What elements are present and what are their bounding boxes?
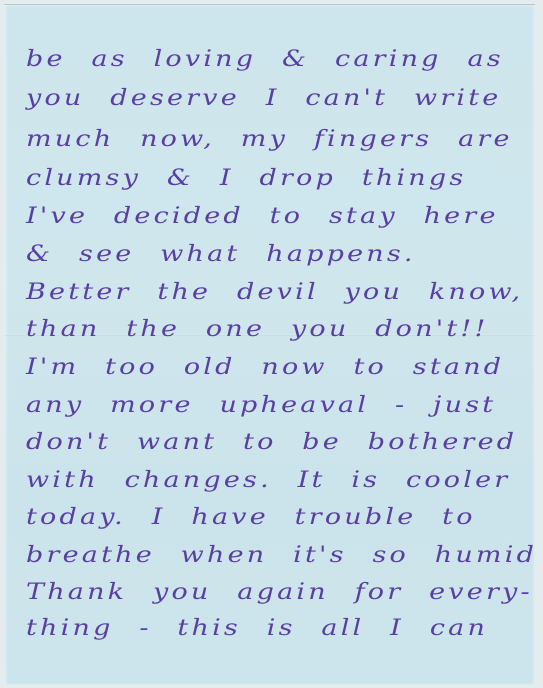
letter-line-13: today. I have trouble to (26, 506, 476, 528)
scanned-page: be as loving & caring as you deserve I c… (0, 0, 543, 688)
letter-line-8: than the one you don't!! (26, 318, 489, 340)
letter-line-7: Better the devil you know, (26, 281, 523, 303)
letter-line-12: with changes. It is cooler (26, 469, 510, 491)
letter-line-1: be as loving & caring as (26, 48, 504, 70)
letter-line-5: I've decided to stay here (26, 205, 499, 227)
letter-line-3: much now, my fingers are (26, 128, 513, 150)
letter-line-16: thing - this is all I can (26, 617, 488, 639)
letter-paper: be as loving & caring as you deserve I c… (4, 4, 535, 685)
letter-line-14: breathe when it's so humid (26, 544, 537, 566)
letter-line-15: Thank you again for every- (26, 581, 533, 603)
letter-line-6: & see what happens. (26, 243, 416, 265)
letter-line-4: clumsy & I drop things (26, 167, 466, 189)
letter-line-9: I'm too old now to stand (26, 356, 504, 378)
letter-line-10: any more upheaval - just (26, 394, 496, 416)
letter-line-2: you deserve I can't write (26, 87, 502, 109)
letter-line-11: don't want to be bothered (26, 431, 517, 453)
